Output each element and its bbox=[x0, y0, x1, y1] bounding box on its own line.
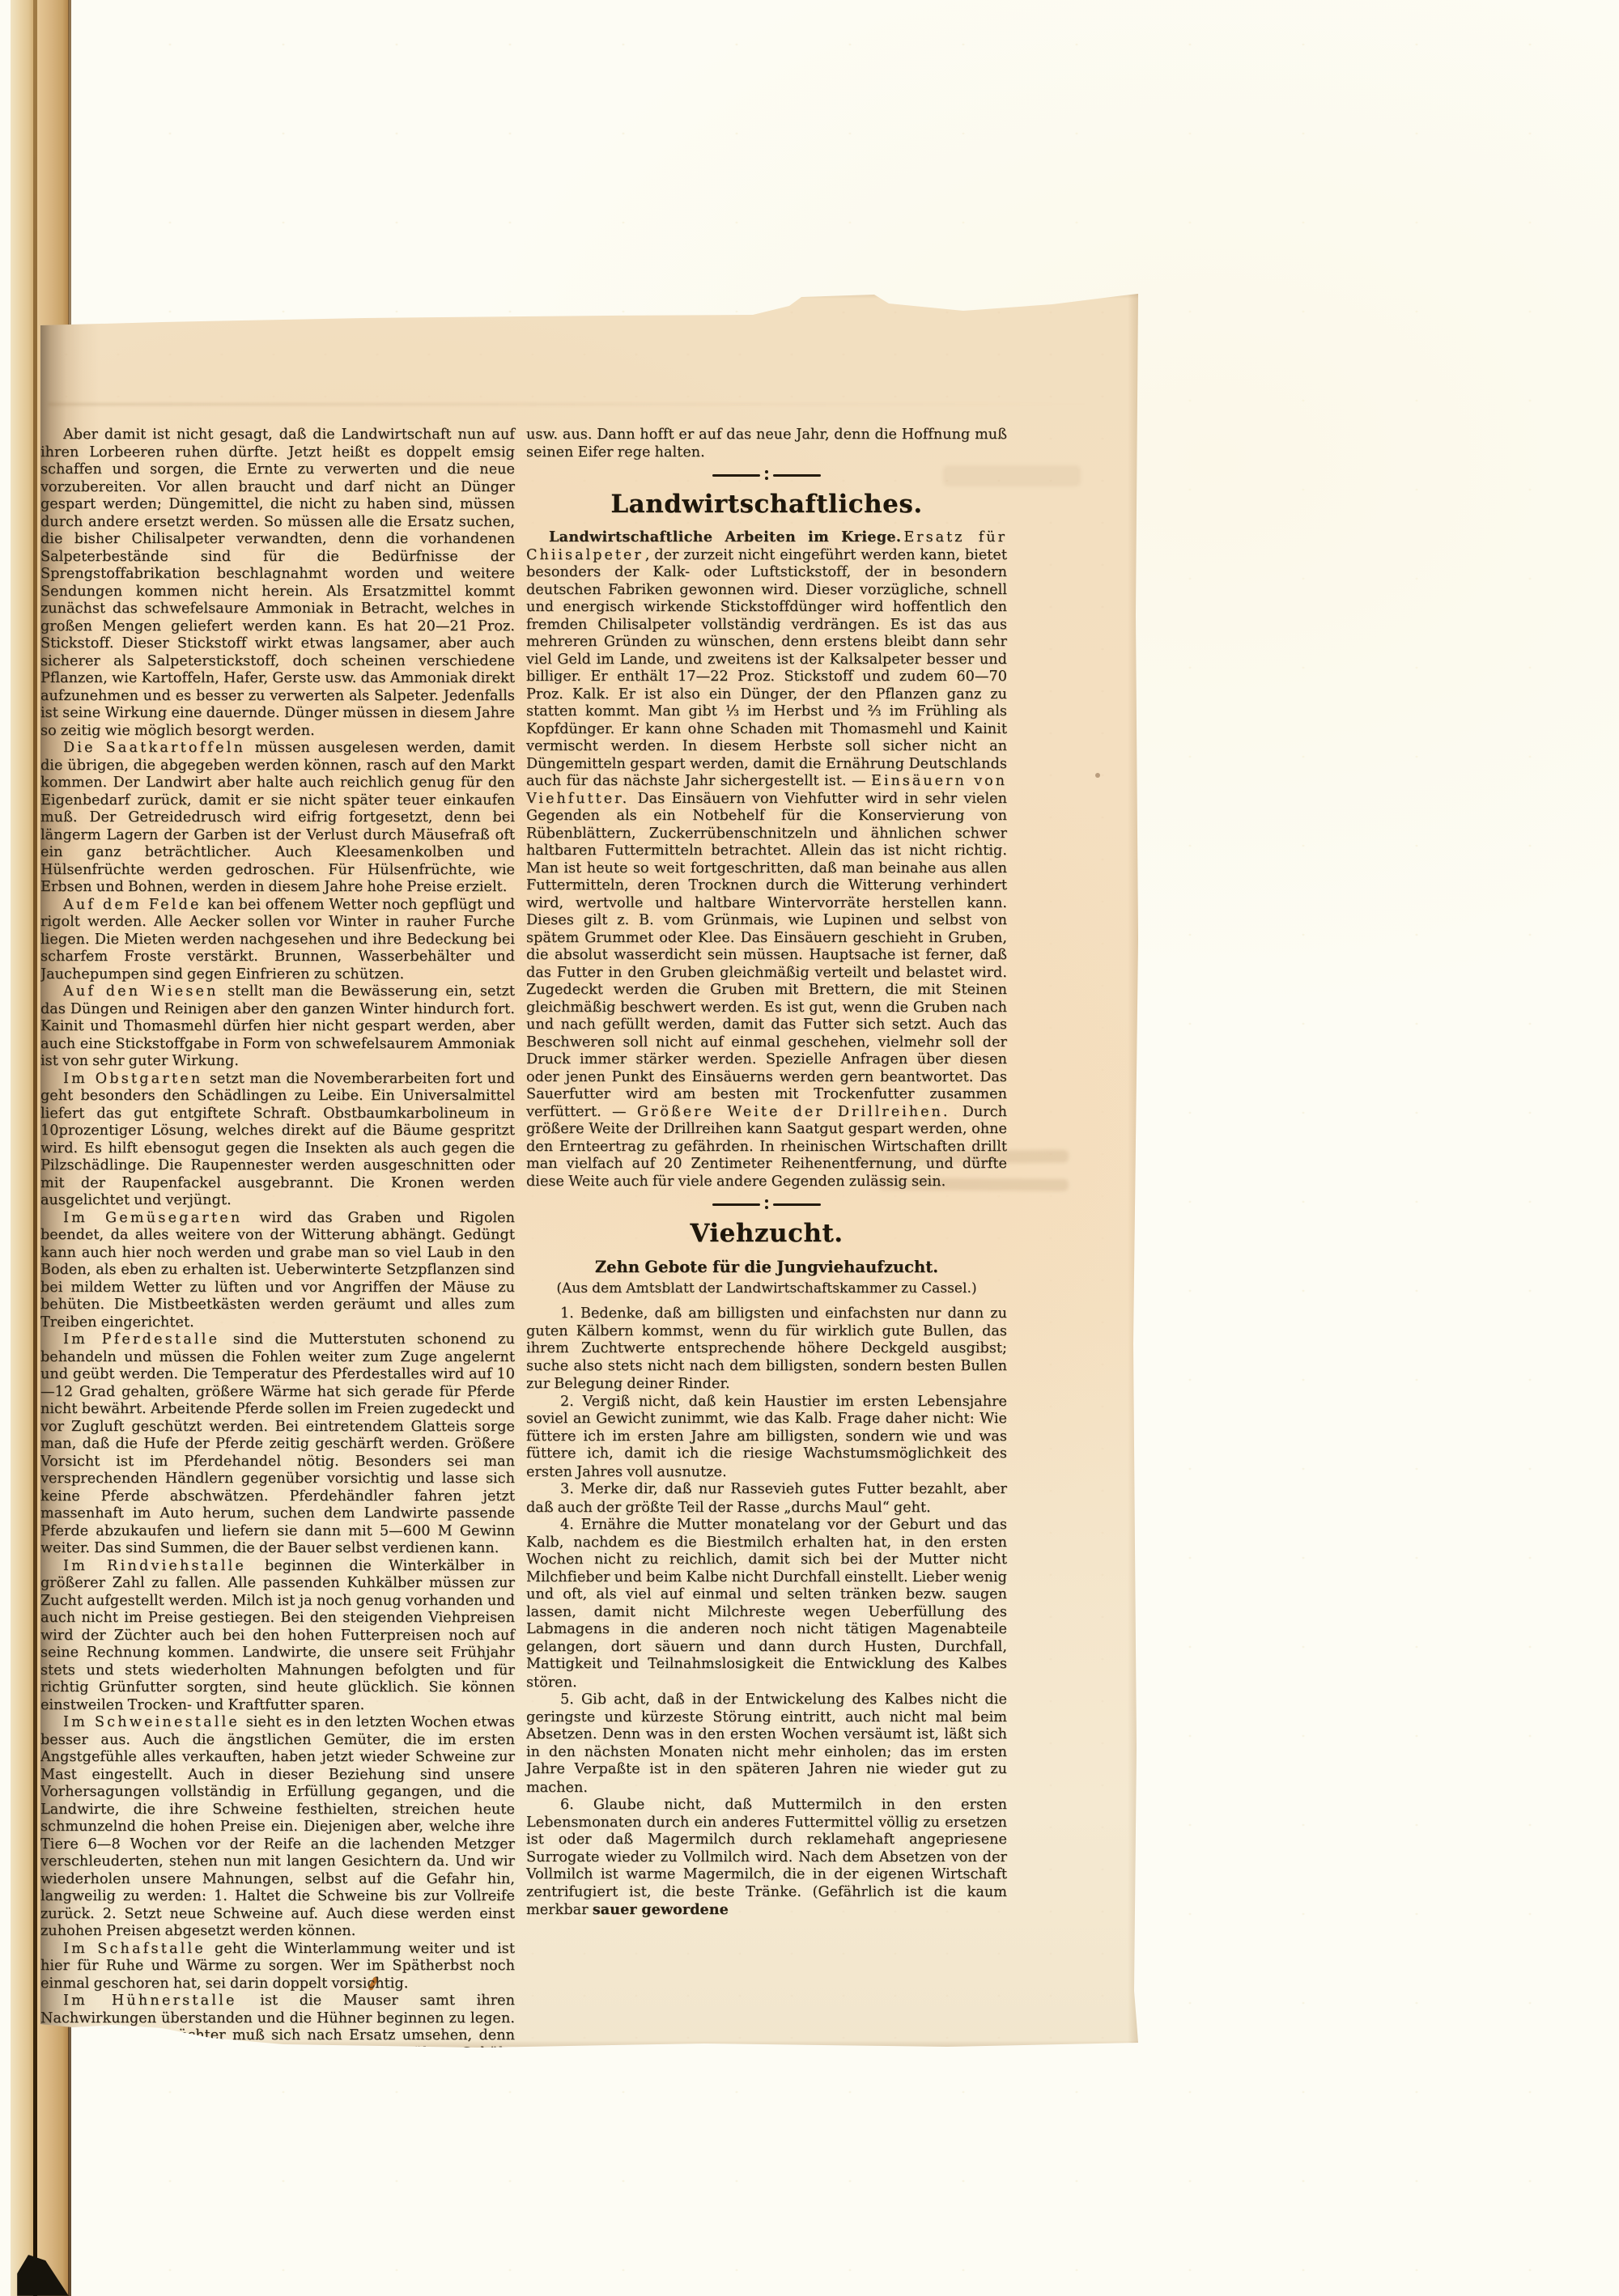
paragraph: Die Saatkartoffeln müssen ausgelesen wer… bbox=[40, 740, 515, 897]
paragraph-text: setzt man die Novemberarbeiten fort und … bbox=[40, 1071, 515, 1209]
item-text: Merke dir, daß nur Rassevieh gutes Futte… bbox=[526, 1481, 1007, 1516]
newspaper-page: Aber damit ist nicht gesagt, daß die Lan… bbox=[40, 291, 1138, 2049]
paragraph-lead: Im Rindviehstalle bbox=[63, 1558, 248, 1574]
item-text: Gib acht, daß in der Entwickelung des Ka… bbox=[526, 1691, 1007, 1796]
paragraph: Im Gemüsegarten wird das Graben und Rigo… bbox=[40, 1210, 515, 1332]
item-text: Ernähre die Mutter monatelang vor der Ge… bbox=[526, 1517, 1007, 1691]
paragraph-text: Aber damit ist nicht gesagt, daß die Lan… bbox=[40, 427, 515, 739]
list-item: 1. Bedenke, daß am billigsten und einfac… bbox=[526, 1305, 1007, 1394]
paragraph-lead: Die Saatkartoffeln bbox=[63, 740, 247, 756]
paragraph-lead: Auf den Wiesen bbox=[63, 983, 220, 999]
paragraph-text: sind die Mutterstuten schonend zu behand… bbox=[40, 1331, 515, 1556]
source-line: (Aus dem Amtsblatt der Landwirtschaftska… bbox=[526, 1280, 1007, 1297]
spine-page-edge-light bbox=[11, 0, 33, 2296]
paragraph-text: ist die Mauser samt ihren Nachwirkungen … bbox=[40, 1993, 515, 2183]
divider-rule bbox=[773, 1203, 821, 1206]
section-divider bbox=[712, 1198, 821, 1211]
paragraph-text: müssen ausgelesen werden, damit die übri… bbox=[40, 740, 515, 895]
paragraph: Im Rindviehstalle beginnen die Winterkäl… bbox=[40, 1558, 515, 1715]
paragraph-lead: Im Schweinestalle bbox=[63, 1714, 241, 1730]
section-title-viehzucht: Viehzucht. bbox=[526, 1219, 1007, 1248]
item-text: Vergiß nicht, daß kein Haustier im erste… bbox=[526, 1394, 1007, 1480]
article-paragraph: Landwirtschaftliche Arbeiten im Kriege.E… bbox=[526, 528, 1007, 1190]
left-column: Aber damit ist nicht gesagt, daß die Lan… bbox=[40, 427, 515, 2236]
divider-rule bbox=[773, 474, 821, 477]
item-text-bold: sauer gewordene bbox=[593, 1901, 729, 1918]
paragraph: Auf den Wiesen stellt man die Bewässerun… bbox=[40, 983, 515, 1071]
right-column: usw. aus. Dann hofft er auf das neue Jah… bbox=[526, 427, 1007, 1920]
paragraph-lead: Im Gemüsegarten bbox=[63, 1210, 244, 1226]
paragraph-text: sieht es in den letzten Wochen etwas bes… bbox=[40, 1714, 515, 1939]
divider-ornament-icon bbox=[765, 1199, 768, 1203]
paragraph-text: Das Einsäuern von Viehfutter wird in seh… bbox=[526, 791, 1007, 1120]
scanned-document-canvas: { "colors": { "scanner_background": "#fd… bbox=[0, 0, 1619, 2296]
item-text: Bedenke, daß am billigsten und einfachst… bbox=[526, 1305, 1007, 1392]
paragraph-lead: Im Pferdestalle bbox=[63, 1331, 221, 1347]
paragraph: Im Pferdestalle sind die Mutterstuten sc… bbox=[40, 1331, 515, 1558]
list-item: 3. Merke dir, daß nur Rassevieh gutes Fu… bbox=[526, 1481, 1007, 1517]
list-item: 4. Ernähre die Mutter monatelang vor der… bbox=[526, 1517, 1007, 1691]
divider-rule bbox=[712, 474, 760, 477]
list-item: 5. Gib acht, daß in der Entwickelung des… bbox=[526, 1691, 1007, 1797]
paragraph-lead: Der Bienenwirt bbox=[63, 2184, 215, 2201]
paragraph-text: usw. aus. Dann hofft er auf das neue Jah… bbox=[526, 427, 1007, 460]
paragraph-lead: Im Schafstalle bbox=[63, 1941, 207, 1957]
item-number: 6. bbox=[560, 1797, 574, 1813]
paper-speck bbox=[1095, 773, 1100, 778]
paragraph-text: sieht zu, daß an seinem Bienenstande Ruh… bbox=[40, 2184, 515, 2235]
paragraph-lead: Im Hühnerstalle bbox=[63, 1993, 239, 2009]
paragraph: Aber damit ist nicht gesagt, daß die Lan… bbox=[40, 427, 515, 740]
list-item: 6. Glaube nicht, daß Muttermilch in den … bbox=[526, 1797, 1007, 1920]
item-text: Glaube nicht, daß Muttermilch in den ers… bbox=[526, 1797, 1007, 1918]
paragraph-text: , der zurzeit nicht eingeführt werden ka… bbox=[526, 547, 1007, 790]
section-title-landwirtschaftliches: Landwirtschaftliches. bbox=[526, 490, 1007, 519]
continuation-paragraph: usw. aus. Dann hofft er auf das neue Jah… bbox=[526, 427, 1007, 461]
paragraph: Im Obstgarten setzt man die Novemberarbe… bbox=[40, 1071, 515, 1210]
paragraph: Im Schafstalle geht die Winterlammung we… bbox=[40, 1941, 515, 1993]
paragraph-text: wird das Graben und Rigolen beendet, da … bbox=[40, 1210, 515, 1330]
divider-rule bbox=[712, 1203, 760, 1206]
divider-ornament-icon bbox=[765, 470, 768, 473]
list-item: 2. Vergiß nicht, daß kein Haustier im er… bbox=[526, 1394, 1007, 1482]
item-number: 1. bbox=[560, 1305, 574, 1322]
section-divider bbox=[712, 469, 821, 482]
item-number: 4. bbox=[560, 1517, 574, 1533]
subsection-title: Zehn Gebote für die Jungviehaufzucht. bbox=[526, 1258, 1007, 1277]
article-run-in-title: Landwirtschaftliche Arbeiten im Kriege. bbox=[549, 528, 903, 545]
horizontal-crease bbox=[49, 403, 1101, 405]
item-number: 5. bbox=[560, 1691, 574, 1708]
item-number: 2. bbox=[560, 1394, 574, 1410]
paragraph-lead: Auf dem Felde bbox=[63, 897, 203, 913]
paragraph: Im Schweinestalle sieht es in den letzte… bbox=[40, 1714, 515, 1941]
item-number: 3. bbox=[560, 1481, 574, 1497]
paragraph: Im Hühnerstalle ist die Mauser samt ihre… bbox=[40, 1993, 515, 2184]
paragraph-text: beginnen die Winterkälber in größerer Za… bbox=[40, 1558, 515, 1713]
paragraph: Auf dem Felde kan bei offenem Wetter noc… bbox=[40, 897, 515, 984]
paragraph: Der Bienenwirt sieht zu, daß an seinem B… bbox=[40, 2184, 515, 2237]
article-keyword: Größere Weite der Drillreihen. bbox=[637, 1104, 951, 1120]
paragraph-lead: Im Obstgarten bbox=[63, 1071, 204, 1087]
